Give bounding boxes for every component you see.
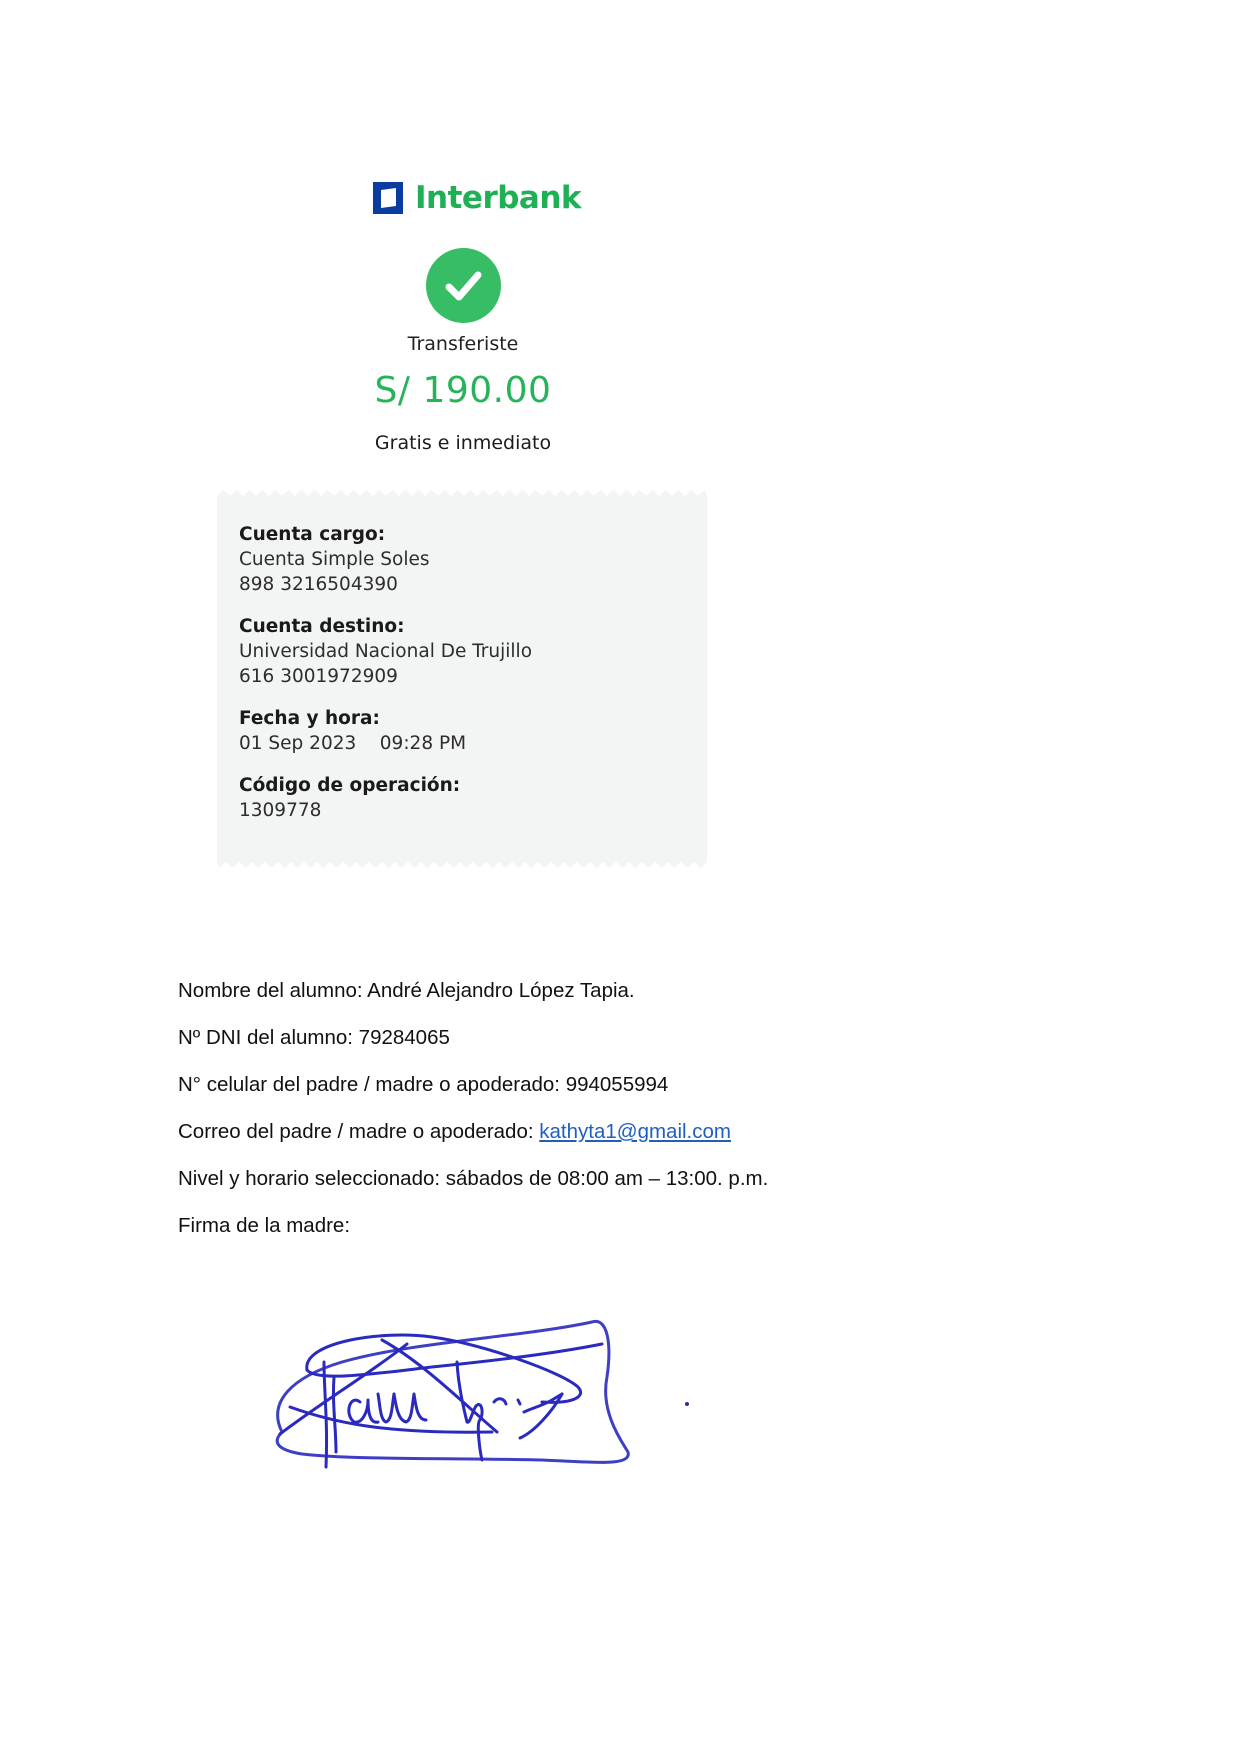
receipt-field: Cuenta destino:Universidad Nacional De T… xyxy=(239,614,532,689)
schedule-value: sábados de 08:00 am – 13:00. p.m. xyxy=(446,1167,769,1190)
handwritten-signature-icon xyxy=(262,1282,692,1482)
signature-label: Firma de la madre: xyxy=(178,1214,350,1237)
interbank-logo: Interbank xyxy=(373,180,581,216)
receipt-field-value: Universidad Nacional De Trujillo xyxy=(239,639,532,664)
guardian-email-link[interactable]: kathyta1@gmail.com xyxy=(539,1120,731,1143)
receipt-field-value: 898 3216504390 xyxy=(239,572,532,597)
student-info: Nombre del alumno: André Alejandro López… xyxy=(178,978,768,1260)
receipt-field-value: 01 Sep 2023 09:28 PM xyxy=(239,731,532,756)
receipt-field: Código de operación:1309778 xyxy=(239,773,532,823)
student-dni-label: Nº DNI del alumno: xyxy=(178,1026,359,1049)
guardian-phone-value: 994055994 xyxy=(566,1073,669,1096)
schedule-label: Nivel y horario seleccionado: xyxy=(178,1167,446,1190)
student-name-row: Nombre del alumno: André Alejandro López… xyxy=(178,978,768,1025)
interbank-logo-icon xyxy=(373,182,403,214)
receipt-card: Cuenta cargo:Cuenta Simple Soles898 3216… xyxy=(217,490,707,868)
guardian-email-row: Correo del padre / madre o apoderado: ka… xyxy=(178,1119,768,1166)
transfer-subtitle: Gratis e inmediato xyxy=(260,432,666,454)
receipt-field-label: Cuenta cargo: xyxy=(239,522,532,547)
transfer-amount: S/ 190.00 xyxy=(260,370,666,411)
receipt-details: Cuenta cargo:Cuenta Simple Soles898 3216… xyxy=(239,522,532,840)
transfer-label: Transferiste xyxy=(260,333,666,355)
schedule-row: Nivel y horario seleccionado: sábados de… xyxy=(178,1166,768,1213)
student-name-value: André Alejandro López Tapia. xyxy=(367,979,634,1002)
brand-name: Interbank xyxy=(415,180,581,216)
receipt-field: Cuenta cargo:Cuenta Simple Soles898 3216… xyxy=(239,522,532,597)
guardian-phone-label: N° celular del padre / madre o apoderado… xyxy=(178,1073,566,1096)
receipt-field: Fecha y hora:01 Sep 2023 09:28 PM xyxy=(239,706,532,756)
student-dni-value: 79284065 xyxy=(359,1026,450,1049)
guardian-email-label: Correo del padre / madre o apoderado: xyxy=(178,1120,539,1143)
guardian-phone-row: N° celular del padre / madre o apoderado… xyxy=(178,1072,768,1119)
signature-label-row: Firma de la madre: xyxy=(178,1213,768,1260)
mother-signature xyxy=(262,1282,692,1487)
receipt-field-label: Código de operación: xyxy=(239,773,532,798)
student-name-label: Nombre del alumno: xyxy=(178,979,367,1002)
receipt-field-value: 1309778 xyxy=(239,798,532,823)
receipt-field-label: Cuenta destino: xyxy=(239,614,532,639)
receipt-field-value: 616 3001972909 xyxy=(239,664,532,689)
receipt-field-value: Cuenta Simple Soles xyxy=(239,547,532,572)
check-circle-icon xyxy=(426,248,501,323)
student-dni-row: Nº DNI del alumno: 79284065 xyxy=(178,1025,768,1072)
receipt-field-label: Fecha y hora: xyxy=(239,706,532,731)
